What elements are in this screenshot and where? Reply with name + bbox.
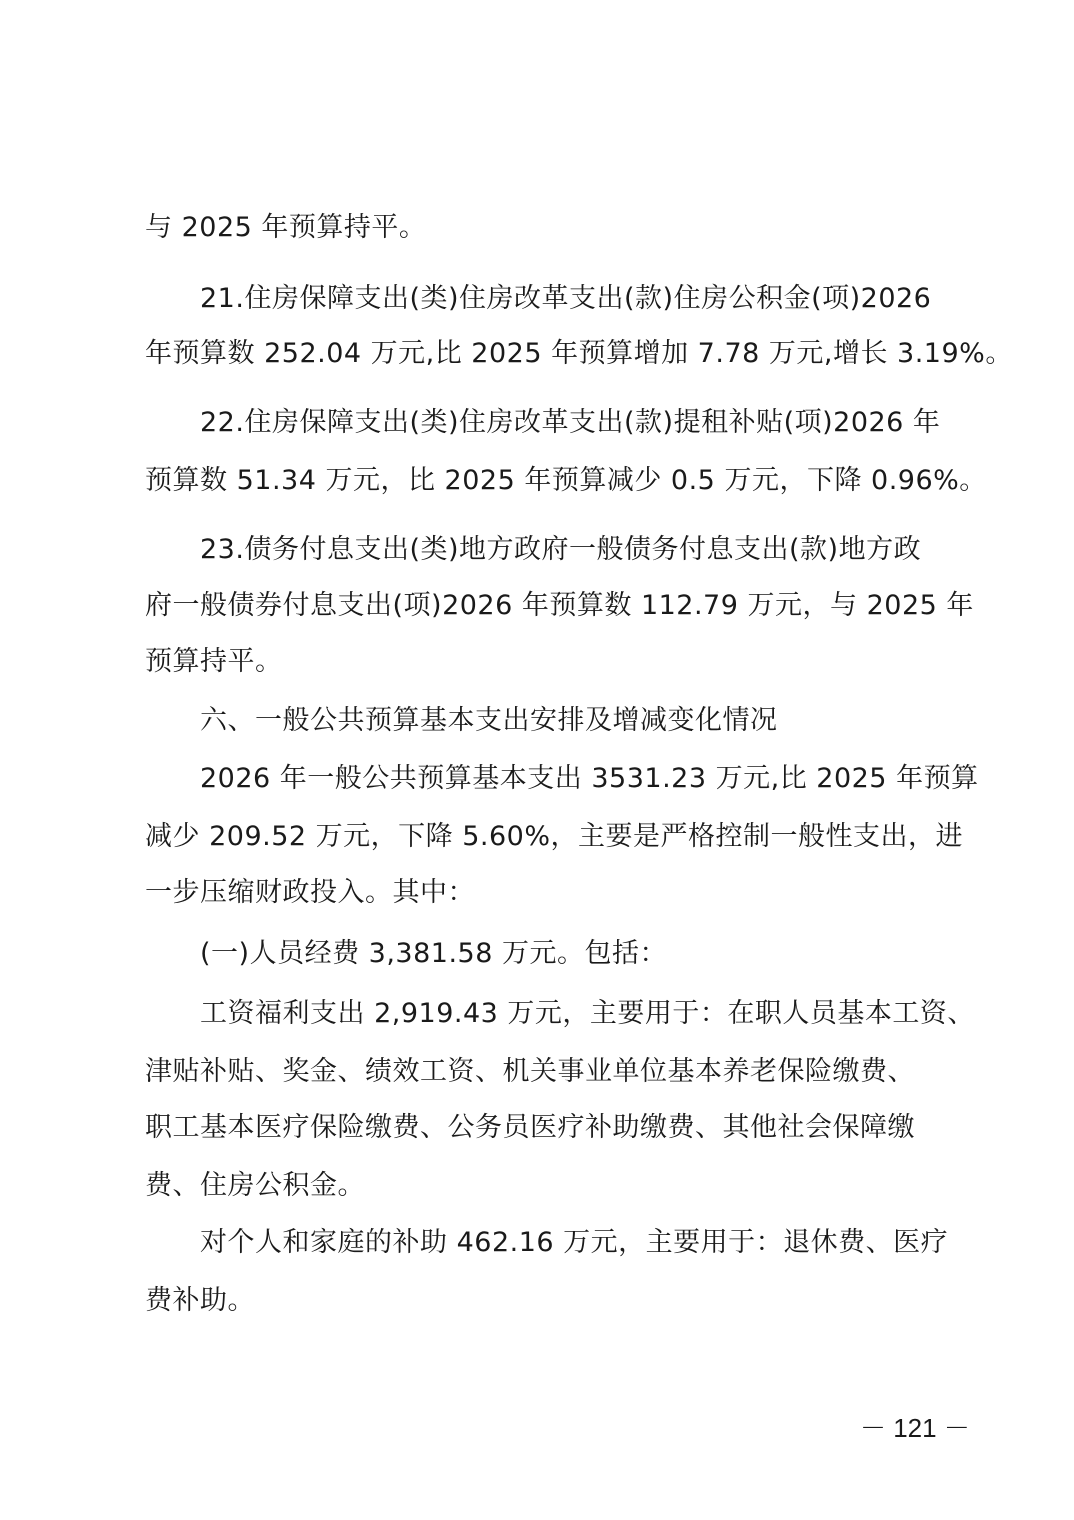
personnel-expense-heading: (一)人员经费 3,381.58 万元。包括： xyxy=(200,936,945,972)
basic-expenditure-line-3: 一步压缩财政投入。其中： xyxy=(145,875,945,911)
item-23-line-2: 府一般债券付息支出(项)2026 年预算数 112.79 万元，与 2025 年 xyxy=(145,588,945,624)
basic-expenditure-line-2: 减少 209.52 万元，下降 5.60%，主要是严格控制一般性支出，进 xyxy=(145,819,945,855)
text-line-continuation: 与 2025 年预算持平。 xyxy=(145,210,945,246)
item-22-line-2: 预算数 51.34 万元，比 2025 年预算减少 0.5 万元，下降 0.96… xyxy=(145,463,945,499)
salary-welfare-line-4: 费、住房公积金。 xyxy=(145,1168,945,1204)
item-23-line-3: 预算持平。 xyxy=(145,644,945,680)
salary-welfare-line-1: 工资福利支出 2,919.43 万元，主要用于：在职人员基本工资、 xyxy=(200,996,945,1032)
household-subsidy-line-2: 费补助。 xyxy=(145,1283,945,1319)
basic-expenditure-line-1: 2026 年一般公共预算基本支出 3531.23 万元,比 2025 年预算 xyxy=(200,761,945,797)
section-heading-6: 六、一般公共预算基本支出安排及增减变化情况 xyxy=(200,703,945,739)
salary-welfare-line-2: 津贴补贴、奖金、绩效工资、机关事业单位基本养老保险缴费、 xyxy=(145,1054,945,1090)
item-21-line-2: 年预算数 252.04 万元,比 2025 年预算增加 7.78 万元,增长 3… xyxy=(145,336,945,372)
item-23-line-1: 23.债务付息支出(类)地方政府一般债务付息支出(款)地方政 xyxy=(200,532,945,568)
document-page: 与 2025 年预算持平。 21.住房保障支出(类)住房改革支出(款)住房公积金… xyxy=(0,0,1074,1520)
page-number: － 121 － xyxy=(860,1410,970,1446)
household-subsidy-line-1: 对个人和家庭的补助 462.16 万元，主要用于：退休费、医疗 xyxy=(200,1225,945,1261)
item-21-line-1: 21.住房保障支出(类)住房改革支出(款)住房公积金(项)2026 xyxy=(200,281,945,317)
item-22-line-1: 22.住房保障支出(类)住房改革支出(款)提租补贴(项)2026 年 xyxy=(200,405,945,441)
salary-welfare-line-3: 职工基本医疗保险缴费、公务员医疗补助缴费、其他社会保障缴 xyxy=(145,1110,945,1146)
